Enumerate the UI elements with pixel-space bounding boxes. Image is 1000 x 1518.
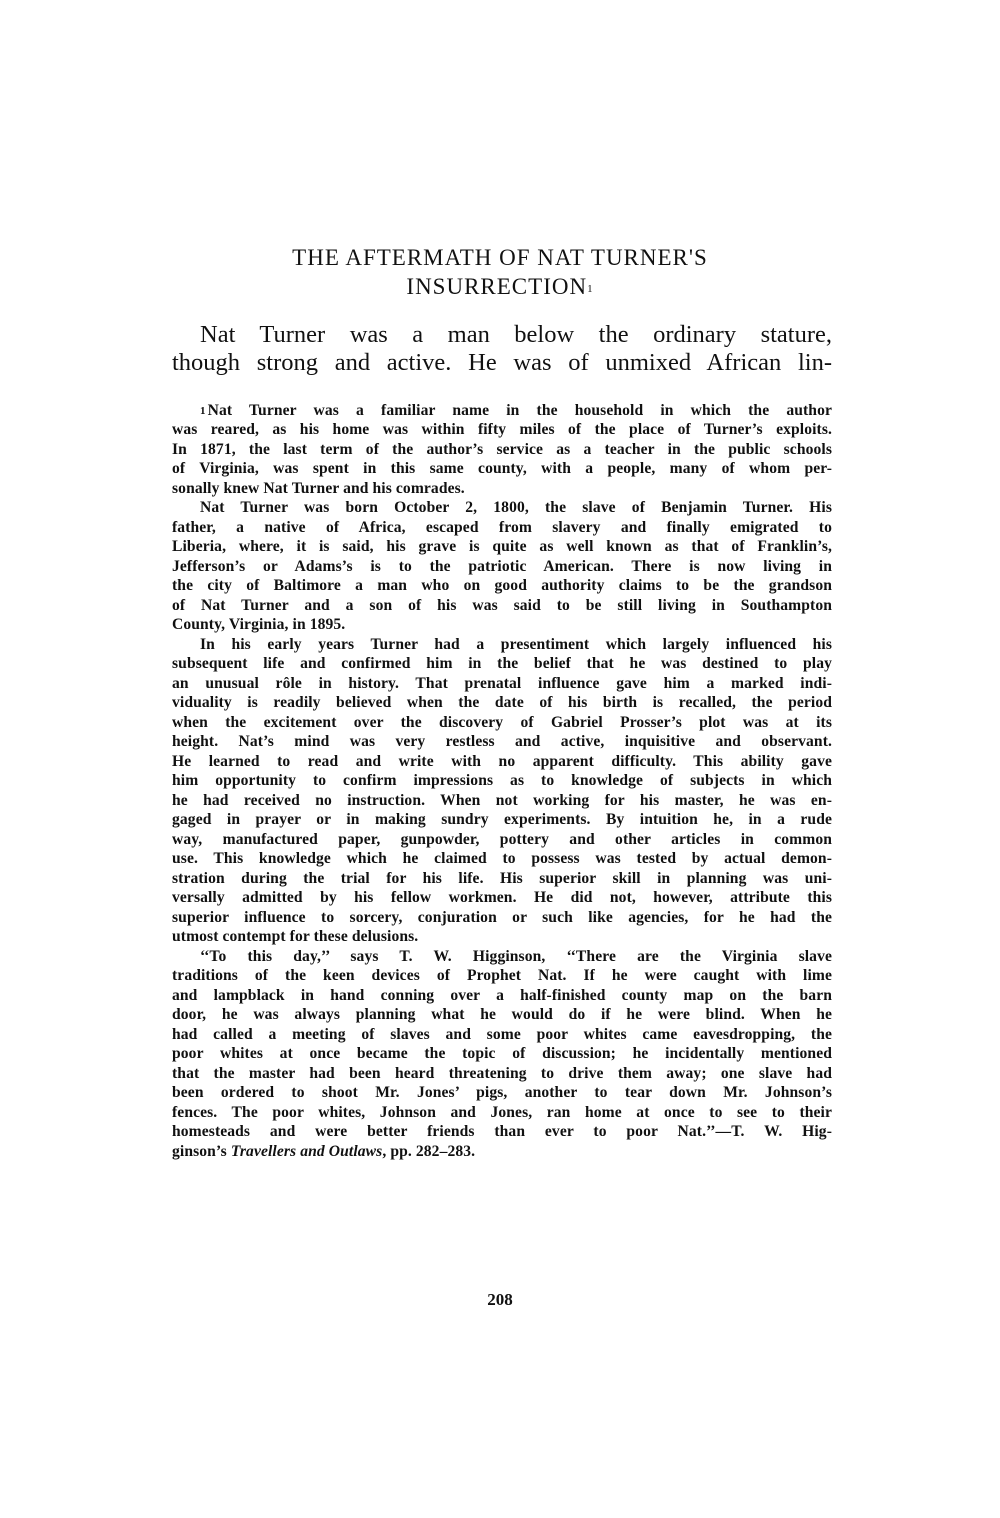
footnote-line: ‘‘To this day,’’ says T. W. Higginson, ‘… xyxy=(172,947,832,966)
footnote-line: father, a native of Africa, escaped from… xyxy=(172,518,832,537)
footnote-line: 1Nat Turner was a familiar name in the h… xyxy=(172,401,832,420)
footnote-line: viduality is readily believed when the d… xyxy=(172,693,832,712)
footnote-line: traditions of the keen devices of Prophe… xyxy=(172,966,832,985)
footnote-line: utmost contempt for these delusions. xyxy=(172,927,832,946)
footnote-line: ginson’s Travellers and Outlaws, pp. 282… xyxy=(172,1142,832,1161)
footnote-line: height. Nat’s mind was very restless and… xyxy=(172,732,832,751)
body-line: Nat Turner was a man below the ordinary … xyxy=(172,321,832,349)
footnote-line: versally admitted by his fellow workmen.… xyxy=(172,888,832,907)
footnote-line: door, he was always planning what he wou… xyxy=(172,1005,832,1024)
article-title-text: INSURRECTION xyxy=(406,274,587,299)
footnote-line: He learned to read and write with no app… xyxy=(172,752,832,771)
footnote-line: sonally knew Nat Turner and his comrades… xyxy=(172,479,832,498)
footnote-line: an unusual rôle in history. That prenata… xyxy=(172,674,832,693)
footnote-line: of Nat Turner and a son of his was said … xyxy=(172,596,832,615)
footnote-line: poor whites at once became the topic of … xyxy=(172,1044,832,1063)
footnote-line: when the excitement over the discovery o… xyxy=(172,713,832,732)
footnote-line: In his early years Turner had a presenti… xyxy=(172,635,832,654)
footnote-line: was reared, as his home was within fifty… xyxy=(172,420,832,439)
footnote-line: Jefferson’s or Adams’s is to the patriot… xyxy=(172,557,832,576)
footnote-line: the city of Baltimore a man who on good … xyxy=(172,576,832,595)
footnote-line: gaged in prayer or in making sundry expe… xyxy=(172,810,832,829)
footnote-line: had called a meeting of slaves and some … xyxy=(172,1025,832,1044)
footnote-line: superior influence to sorcery, conjurati… xyxy=(172,908,832,927)
body-line: though strong and active. He was of unmi… xyxy=(172,349,832,377)
footnote-line: stration during the trial for his life. … xyxy=(172,869,832,888)
title-footnote-marker: 1 xyxy=(587,283,594,295)
book-title: Travellers and Outlaws xyxy=(231,1143,383,1160)
footnote-line: him opportunity to confirm impressions a… xyxy=(172,771,832,790)
footnote-marker: 1 xyxy=(200,405,206,417)
article-title-line-2: INSURRECTION1 xyxy=(0,273,1000,301)
footnote-line: fences. The poor whites, Johnson and Jon… xyxy=(172,1103,832,1122)
footnote-line: way, manufactured paper, gunpowder, pott… xyxy=(172,830,832,849)
footnote-line: been ordered to shoot Mr. Jones’ pigs, a… xyxy=(172,1083,832,1102)
footnote-text: Nat Turner was a familiar name in the ho… xyxy=(208,402,832,419)
page-number: 208 xyxy=(0,1290,1000,1310)
footnote-line: use. This knowledge which he claimed to … xyxy=(172,849,832,868)
footnote-line: County, Virginia, in 1895. xyxy=(172,615,832,634)
footnote-line: Nat Turner was born October 2, 1800, the… xyxy=(172,498,832,517)
footnote-line: Liberia, where, it is said, his grave is… xyxy=(172,537,832,556)
footnote-text: ginson’s xyxy=(172,1143,231,1160)
footnote-line: In 1871, the last term of the author’s s… xyxy=(172,440,832,459)
footnote-line: homesteads and were better friends than … xyxy=(172,1122,832,1141)
footnote-line: that the master had been heard threateni… xyxy=(172,1064,832,1083)
footnote-text: , pp. 282–283. xyxy=(382,1143,475,1160)
footnote-line: he had received no instruction. When not… xyxy=(172,791,832,810)
footnote-line: of Virginia, was spent in this same coun… xyxy=(172,459,832,478)
footnote-line: and lampblack in hand conning over a hal… xyxy=(172,986,832,1005)
footnote-line: subsequent life and confirmed him in the… xyxy=(172,654,832,673)
article-title-line-1: THE AFTERMATH OF NAT TURNER'S xyxy=(0,244,1000,272)
